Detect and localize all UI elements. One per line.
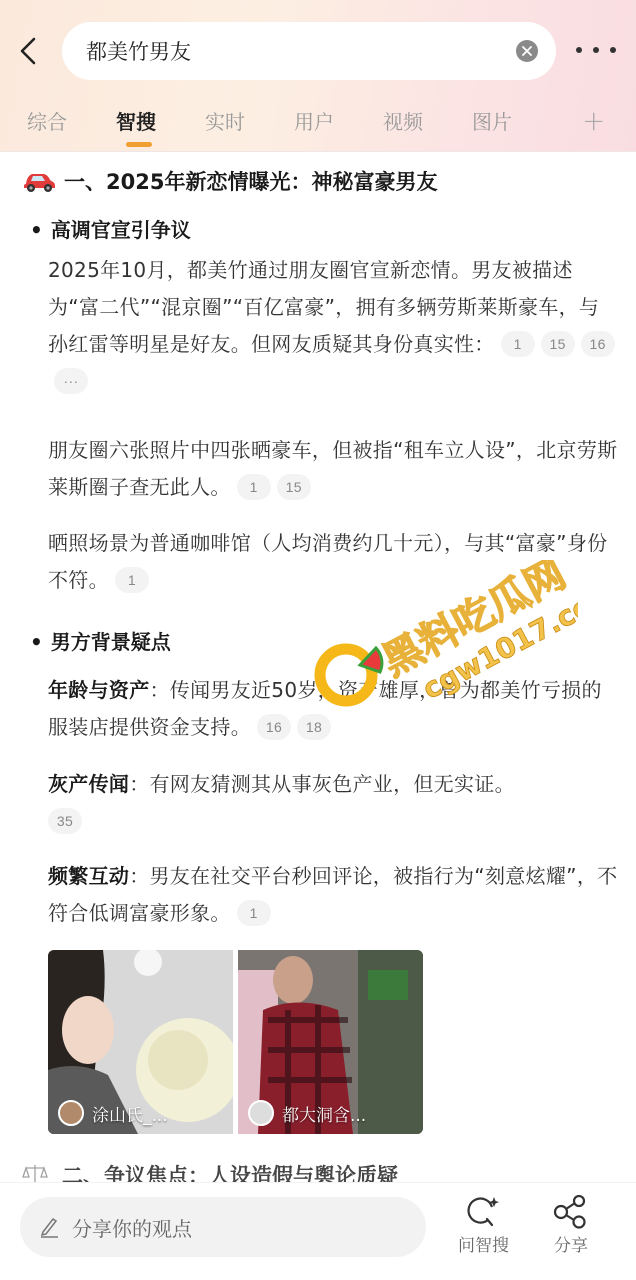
section-heading-text: 一、2025年新恋情曝光：神秘富豪男友: [64, 166, 437, 196]
avatar: [248, 1100, 274, 1126]
image-caption: 涂山氏_...: [58, 1100, 168, 1126]
share-button[interactable]: 分享: [551, 1195, 591, 1256]
tab-realtime[interactable]: 实时: [205, 106, 245, 135]
top-header: 都美竹男友 综合 智搜 实时 用户 视频 图片 +: [0, 0, 636, 152]
bullet-heading: 高调官宣引争议: [30, 214, 191, 243]
search-input[interactable]: 都美竹男友: [62, 22, 556, 80]
clear-search-button[interactable]: [516, 40, 538, 62]
citation-badge[interactable]: 1: [115, 567, 149, 593]
citation-badge[interactable]: 1: [237, 900, 271, 926]
answer-paragraph: 晒照场景为普通咖啡馆（人均消费约几十元），与其“富豪”身份不符。1: [48, 525, 618, 599]
image-card[interactable]: 都大洞含...: [238, 950, 423, 1134]
search-query-text[interactable]: 都美竹男友: [86, 36, 191, 66]
tab-comprehensive[interactable]: 综合: [27, 106, 67, 135]
answer-paragraph: 朋友圈六张照片中四张晒豪车，但被指“租车立人设”，北京劳斯莱斯圈子查无此人。11…: [48, 432, 618, 506]
citation-badge[interactable]: 16: [581, 331, 615, 357]
smart-search-answer: 一、2025年新恋情曝光：神秘富豪男友 高调官宣引争议 2025年10月，都美竹…: [0, 152, 636, 1182]
sparkle-search-icon: [464, 1195, 504, 1229]
chevron-left-icon: [18, 36, 38, 66]
comment-placeholder: 分享你的观点: [72, 1213, 192, 1242]
avatar: [58, 1100, 84, 1126]
citation-badge[interactable]: 15: [277, 474, 311, 500]
tab-smart-search[interactable]: 智搜: [116, 106, 156, 135]
scale-icon: [22, 1163, 48, 1182]
citation-badge[interactable]: 18: [297, 714, 331, 740]
bottom-action-bar: 分享你的观点 问智搜 分享: [0, 1182, 636, 1280]
answer-paragraph: 年龄与资产：传闻男友近50岁，资产雄厚，曾为都美竹亏损的服装店提供资金支持。16…: [48, 672, 618, 746]
image-gallery: 涂山氏_... 都大洞含...: [48, 950, 424, 1134]
citation-badge[interactable]: 35: [48, 808, 82, 834]
back-button[interactable]: [12, 32, 44, 70]
answer-paragraph: 2025年10月，都美竹通过朋友圈官宣新恋情。男友被描述为“富二代”“混京圈”“…: [48, 252, 618, 400]
answer-paragraph: 灰产传闻：有网友猜测其从事灰色产业，但无实证。35: [48, 766, 618, 840]
add-tab-button[interactable]: +: [582, 104, 605, 137]
image-card[interactable]: 涂山氏_...: [48, 950, 233, 1134]
answer-paragraph: 频繁互动：男友在社交平台秒回评论，被指行为“刻意炫耀”，不符合低调富豪形象。1: [48, 858, 618, 932]
more-citations-button[interactable]: ···: [54, 368, 88, 394]
bullet-heading: 男方背景疑点: [30, 626, 171, 655]
more-dot-icon: [576, 47, 582, 53]
section-heading-2: 二、争议焦点：人设造假与舆论质疑: [22, 1160, 398, 1182]
comment-input[interactable]: 分享你的观点: [20, 1197, 426, 1257]
car-icon: [22, 168, 56, 194]
section-heading-1: 一、2025年新恋情曝光：神秘富豪男友: [22, 166, 437, 196]
pencil-icon: [38, 1215, 62, 1239]
search-tabs: 综合 智搜 实时 用户 视频 图片 +: [0, 100, 636, 150]
more-options-button[interactable]: [576, 38, 616, 62]
more-dot-icon: [593, 47, 599, 53]
citation-badge[interactable]: 1: [501, 331, 535, 357]
tab-images[interactable]: 图片: [472, 106, 512, 135]
share-icon: [551, 1195, 591, 1229]
ask-smart-search-button[interactable]: 问智搜: [458, 1195, 509, 1256]
image-caption: 都大洞含...: [248, 1100, 366, 1126]
tab-videos[interactable]: 视频: [383, 106, 423, 135]
tab-users[interactable]: 用户: [294, 106, 334, 135]
citation-badge[interactable]: 16: [257, 714, 291, 740]
more-dot-icon: [610, 47, 616, 53]
active-tab-indicator: [126, 142, 152, 147]
citation-badge[interactable]: 15: [541, 331, 575, 357]
citation-badge[interactable]: 1: [237, 474, 271, 500]
clear-circle-icon: [522, 46, 532, 56]
